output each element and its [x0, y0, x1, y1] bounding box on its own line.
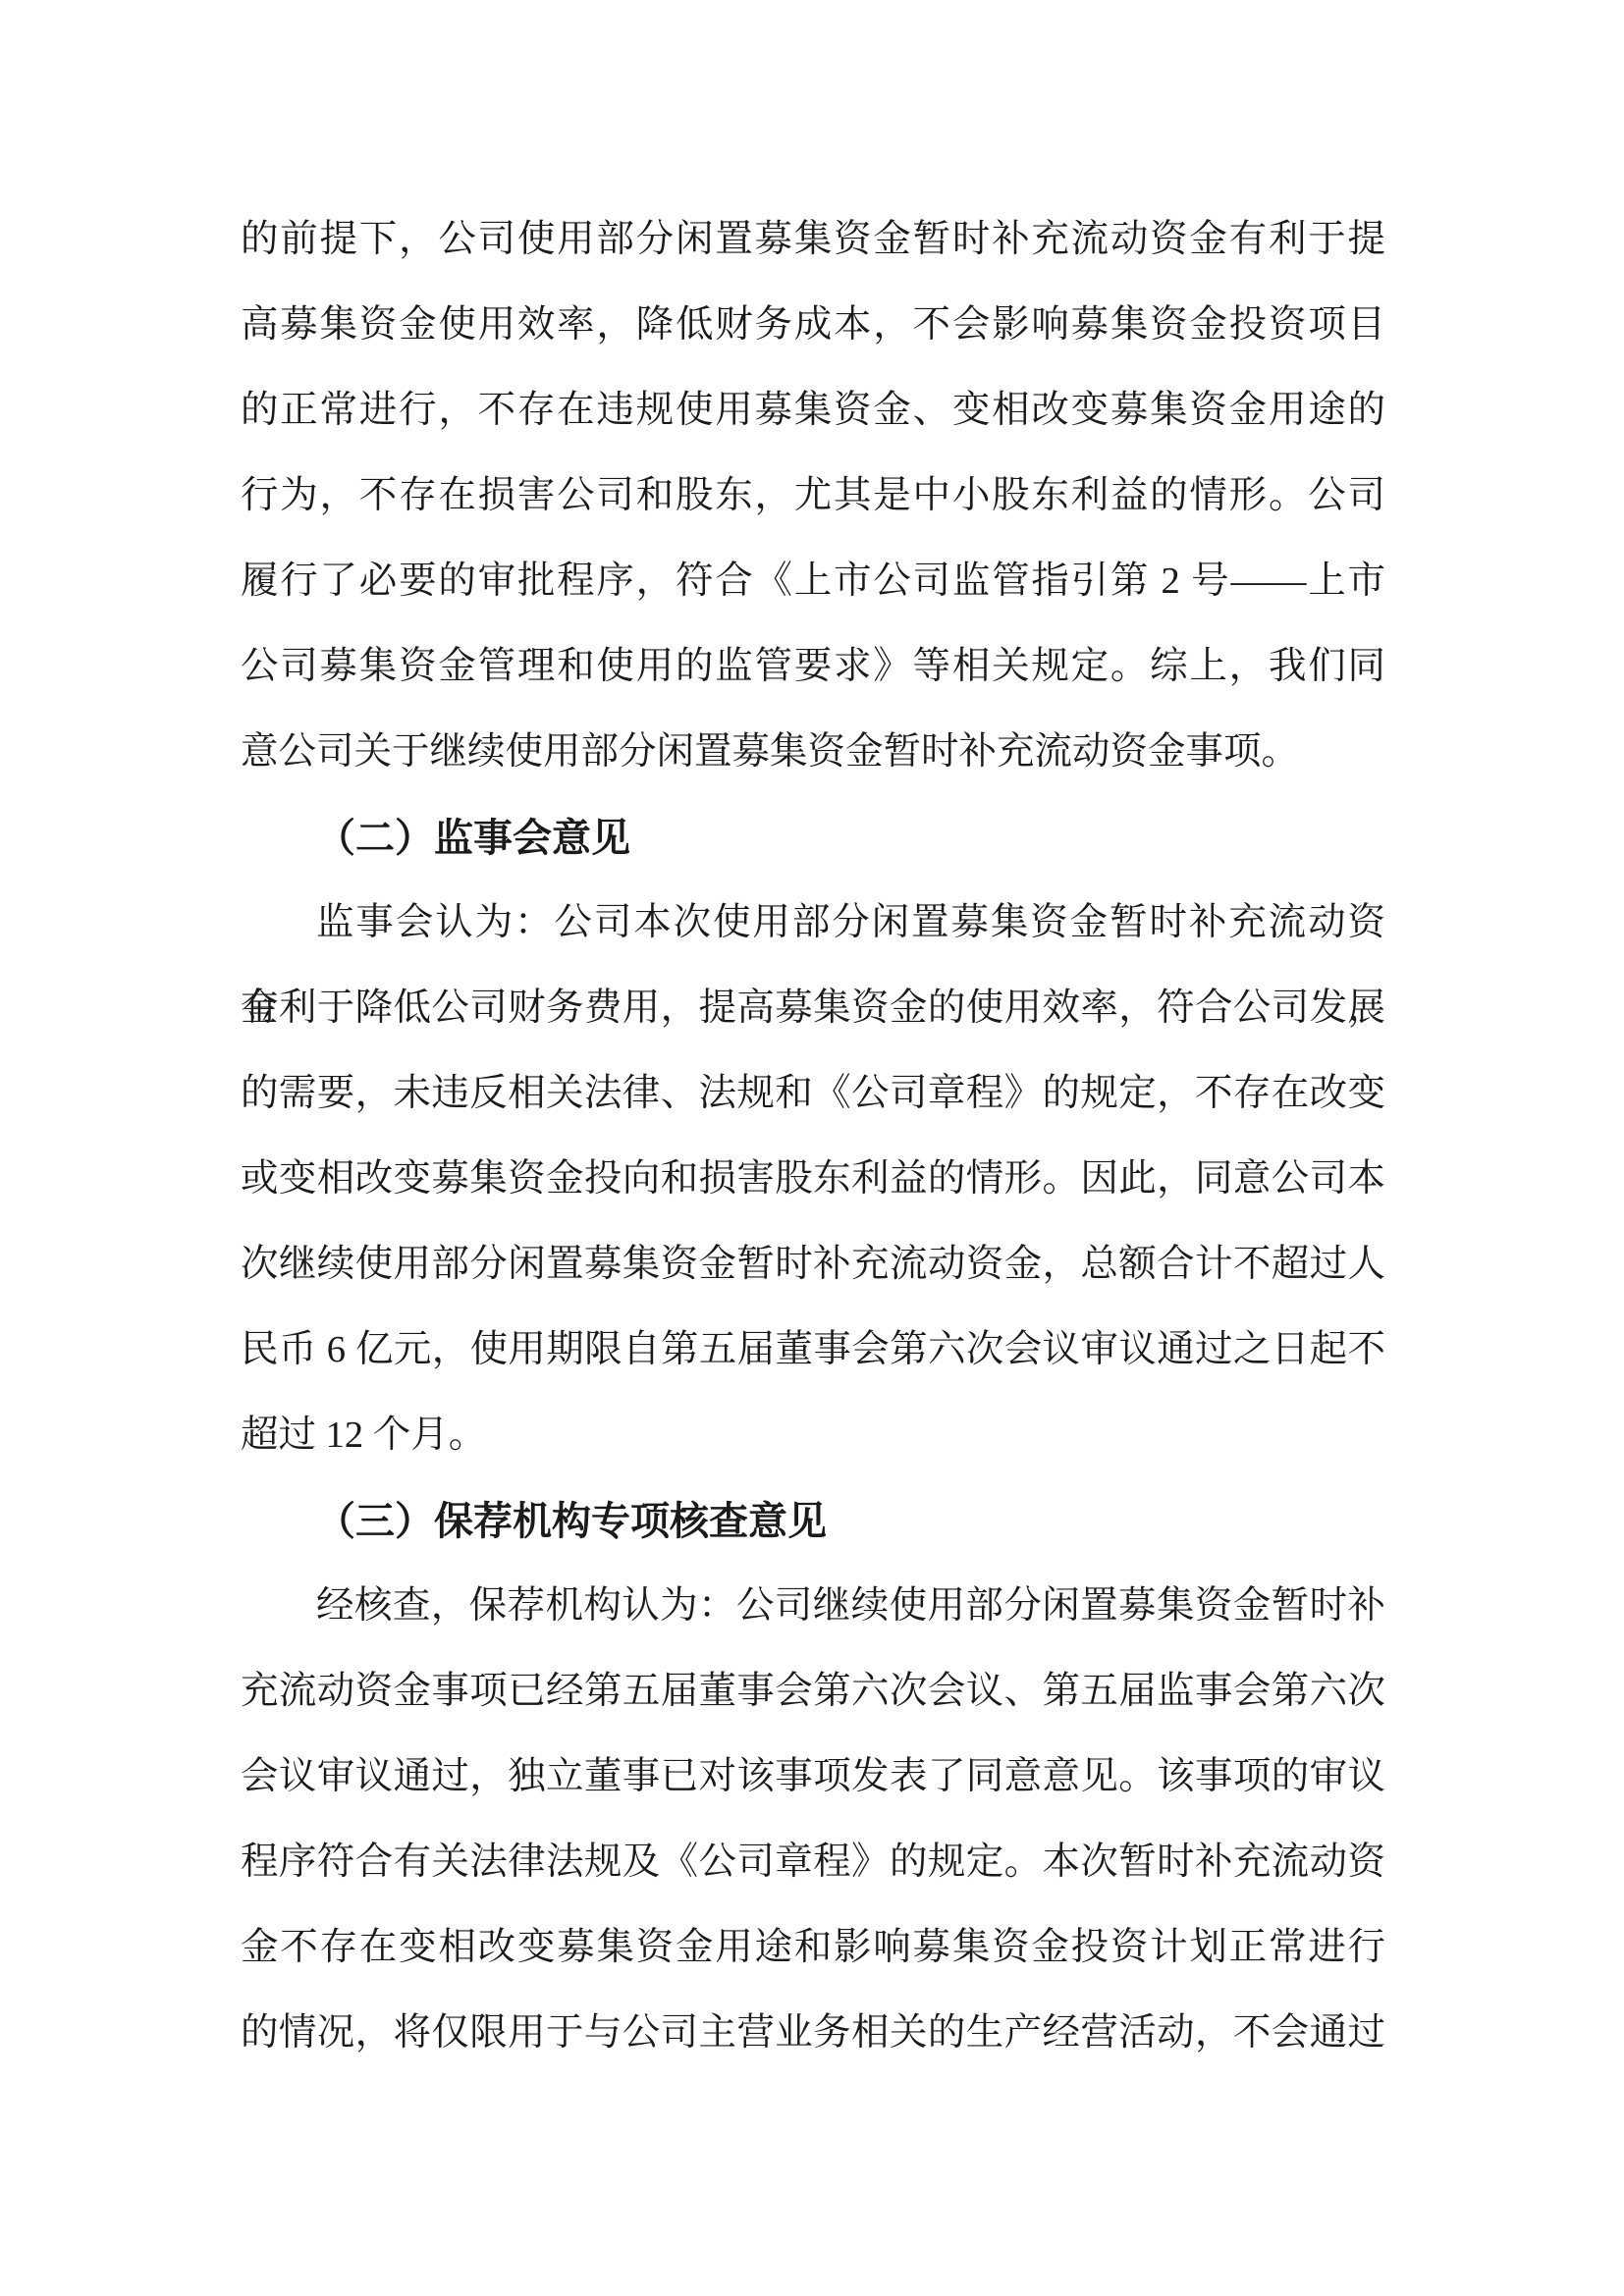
- document-line: 民币 6 亿元，使用期限自第五届董事会第六次会议审议通过之日起不: [241, 1308, 1385, 1393]
- document-line: 经核查，保荐机构认为：公司继续使用部分闲置募集资金暂时补: [241, 1564, 1385, 1649]
- document-line: 高募集资金使用效率，降低财务成本，不会影响募集资金投资项目: [241, 283, 1385, 368]
- document-line: 履行了必要的审批程序，符合《上市公司监管指引第 2 号——上市: [241, 539, 1385, 624]
- document-line: 次继续使用部分闲置募集资金暂时补充流动资金，总额合计不超过人: [241, 1222, 1385, 1308]
- section-heading-supervisory-board-opinion: （二）监事会意见: [241, 795, 1385, 881]
- document-line: 有利于降低公司财务费用，提高募集资金的使用效率，符合公司发展: [241, 966, 1385, 1051]
- document-line: 程序符合有关法律法规及《公司章程》的规定。本次暂时补充流动资: [241, 1820, 1385, 1905]
- document-line: 金不存在变相改变募集资金用途和影响募集资金投资计划正常进行: [241, 1905, 1385, 1991]
- document-line: 的前提下，公司使用部分闲置募集资金暂时补充流动资金有利于提: [241, 197, 1385, 283]
- document-line: 公司募集资金管理和使用的监管要求》等相关规定。综上，我们同: [241, 624, 1385, 710]
- section-heading-sponsor-verification-opinion: （三）保荐机构专项核查意见: [241, 1478, 1385, 1564]
- document-line: 充流动资金事项已经第五届董事会第六次会议、第五届监事会第六次: [241, 1649, 1385, 1735]
- document-line: 行为，不存在损害公司和股东，尤其是中小股东利益的情形。公司: [241, 454, 1385, 539]
- document-line: 或变相改变募集资金投向和损害股东利益的情形。因此，同意公司本: [241, 1137, 1385, 1222]
- document-line: 的正常进行，不存在违规使用募集资金、变相改变募集资金用途的: [241, 368, 1385, 454]
- document-line: 的情况，将仅限用于与公司主营业务相关的生产经营活动，不会通过: [241, 1991, 1385, 2076]
- document-page: 的前提下，公司使用部分闲置募集资金暂时补充流动资金有利于提 高募集资金使用效率，…: [0, 0, 1624, 2296]
- document-line: 会议审议通过，独立董事已对该事项发表了同意意见。该事项的审议: [241, 1735, 1385, 1820]
- document-text-block: 的前提下，公司使用部分闲置募集资金暂时补充流动资金有利于提 高募集资金使用效率，…: [241, 197, 1385, 2076]
- document-line: 超过 12 个月。: [241, 1393, 1385, 1478]
- document-line: 意公司关于继续使用部分闲置募集资金暂时补充流动资金事项。: [241, 710, 1385, 795]
- document-line: 的需要，未违反相关法律、法规和《公司章程》的规定，不存在改变: [241, 1051, 1385, 1137]
- document-line: 监事会认为：公司本次使用部分闲置募集资金暂时补充流动资金，: [241, 881, 1385, 966]
